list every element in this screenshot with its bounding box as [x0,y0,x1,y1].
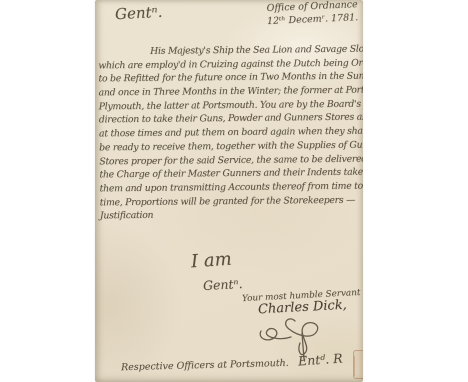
salutation: Gentⁿ. [115,3,163,23]
closing-i-am: I am [190,249,232,273]
docket-entered-mark: Entᵈ. R [298,350,344,368]
closing-gent: Gentⁿ. [203,276,243,293]
docket-recipients: Respective Officers at Portsmouth. [121,358,289,373]
letter-body: His Majesty's Ship the Sea Lion and Sava… [98,43,362,224]
edge-stamp-mark-inner [354,356,358,376]
scanned-letter-page: { "letter": { "heading": { "office": "Of… [0,0,468,382]
letter-heading: Office of Ordnance 12ᵗʰ Decemʳ. 1781. [178,0,359,32]
letter-paper: Office of Ordnance 12ᵗʰ Decemʳ. 1781. Ge… [95,0,363,382]
body-line: Justification [100,207,362,223]
